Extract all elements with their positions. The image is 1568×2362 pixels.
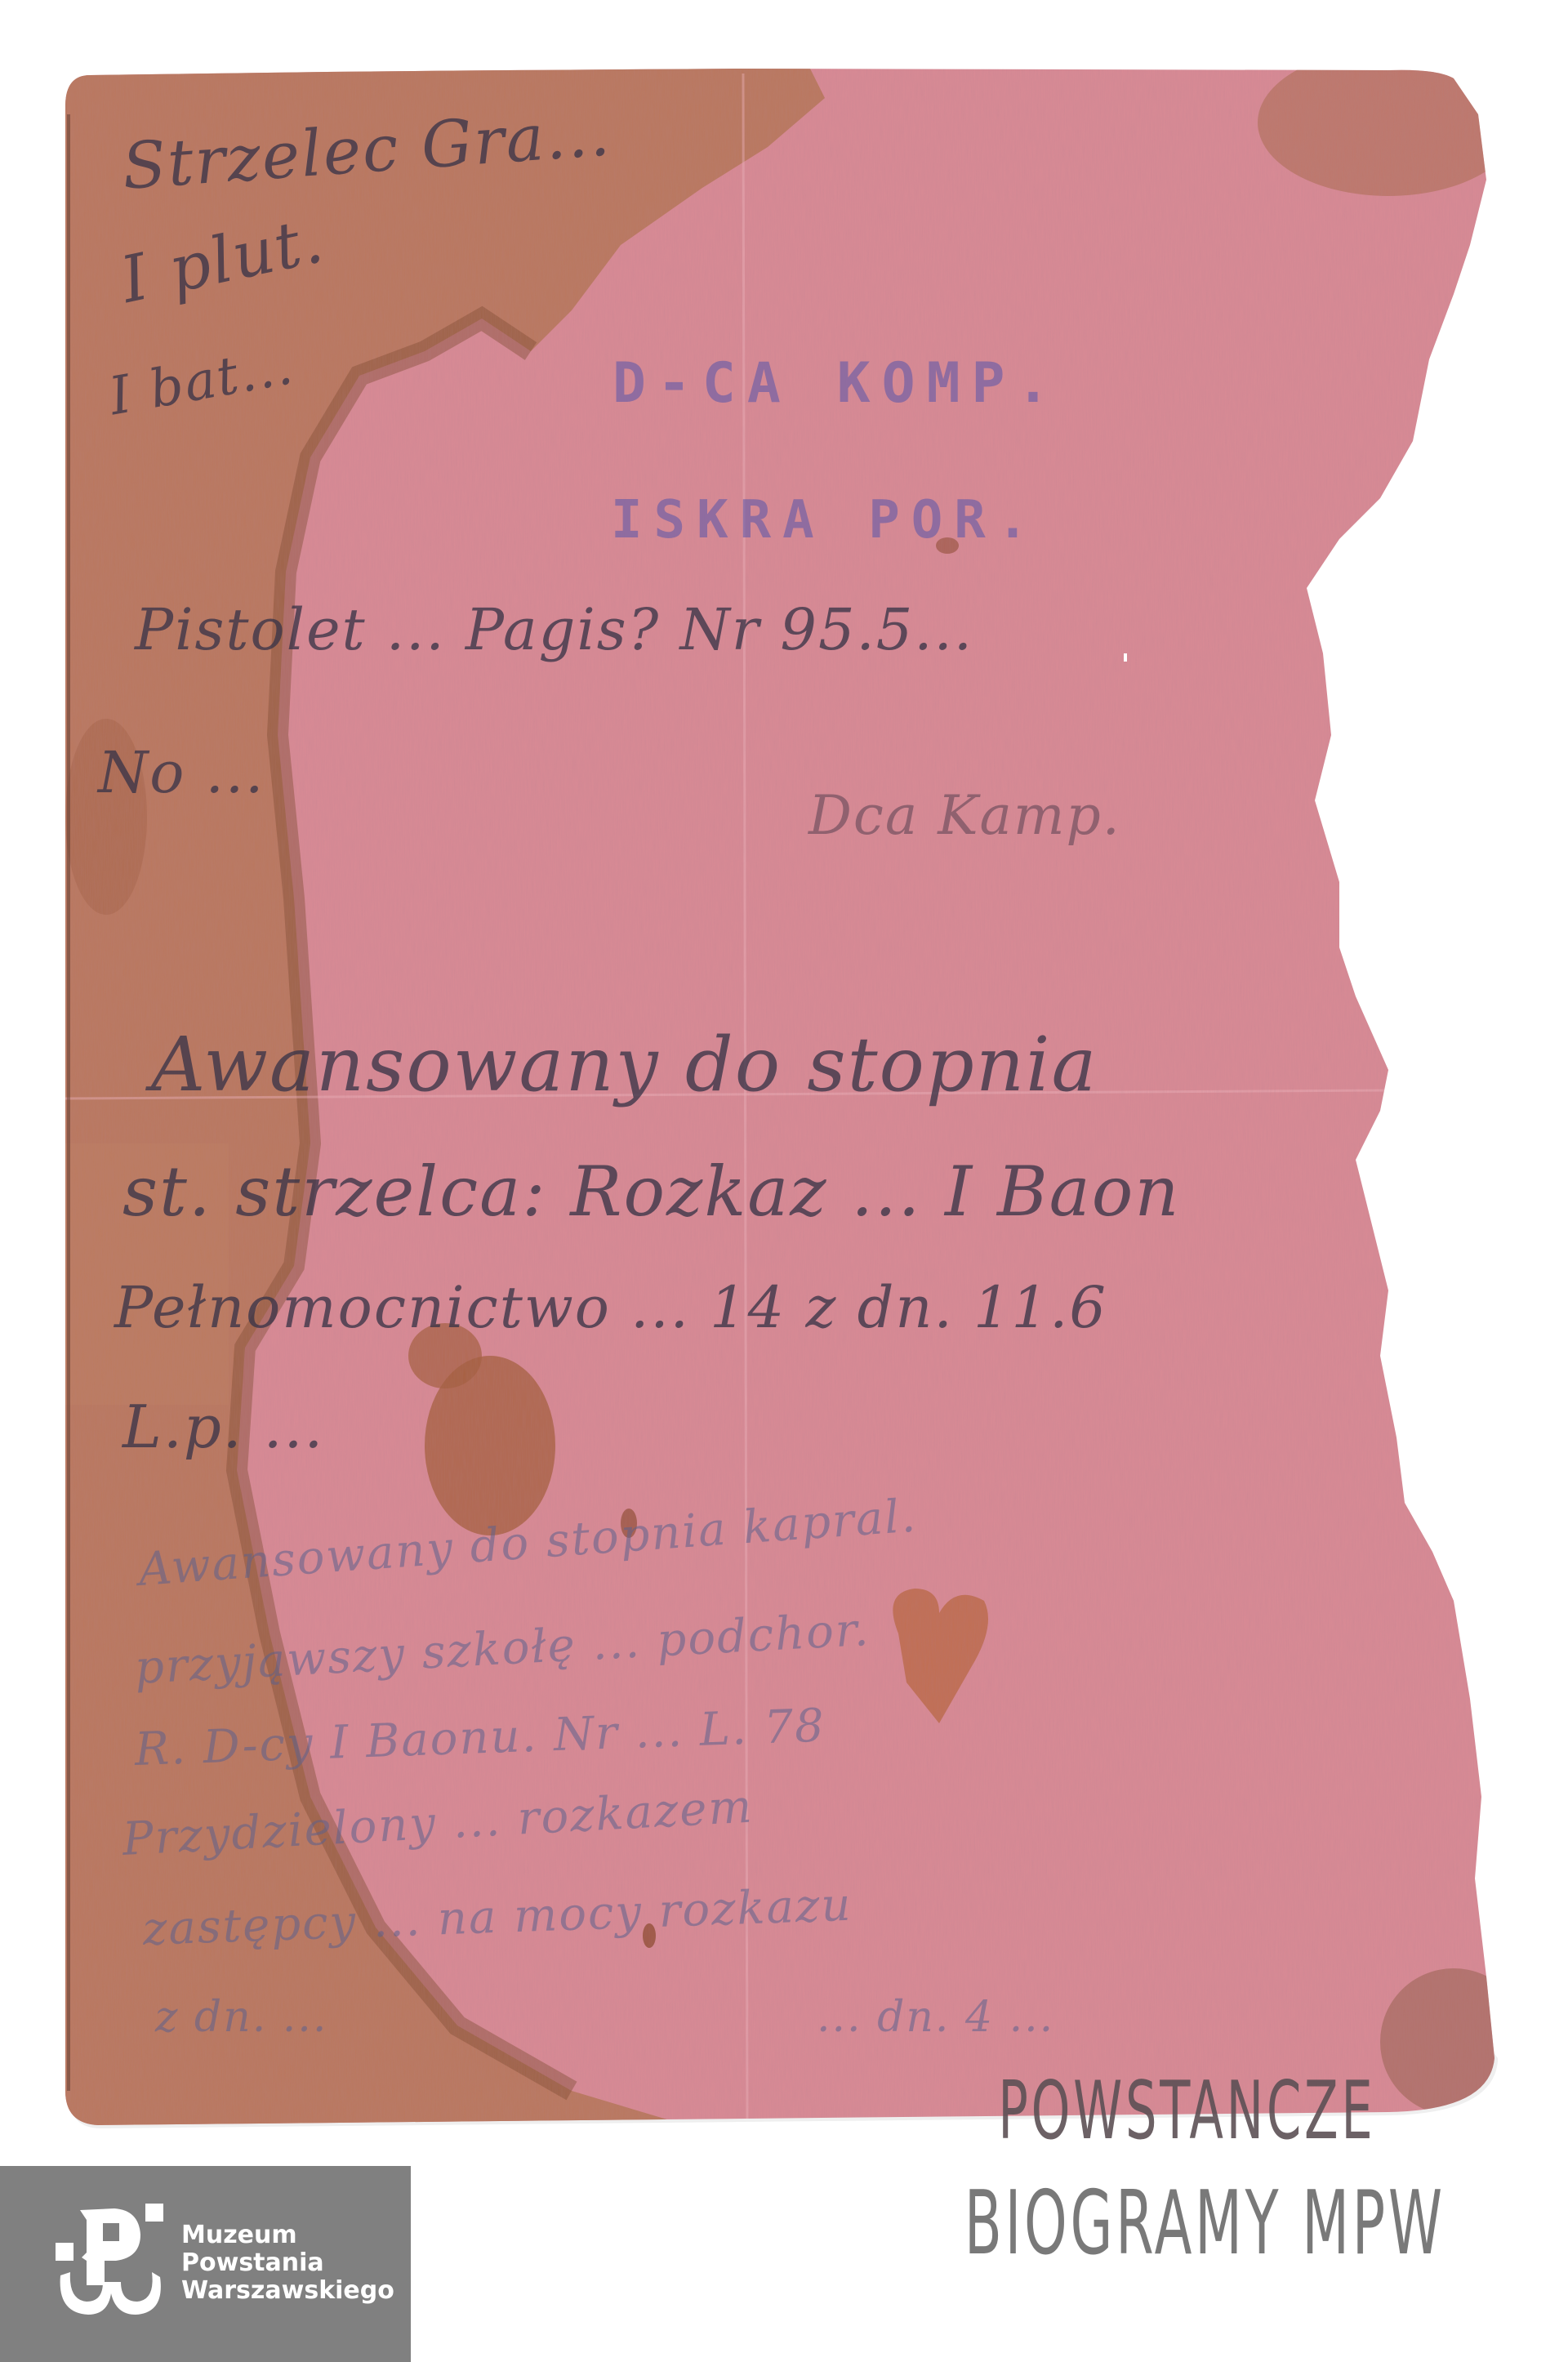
handwriting-pistol: Pistolet ... Pagis? Nr 95.5... (135, 596, 973, 663)
blue-note-line-6: z dn. ... (155, 1993, 327, 2042)
museum-name-line1: Muzeum (181, 2222, 394, 2249)
handwriting-promotion-3: Pełnomocnictwo ... 14 z dn. 11.6 (114, 1274, 1107, 1341)
kotwica-anchor-icon (56, 2204, 167, 2318)
blue-note-line-7: ... dn. 4 ... (817, 1993, 1054, 2042)
handwriting-lp: L.p. ... (122, 1393, 324, 1461)
watermark-line2: BIOGRAMY MPW (964, 2173, 1445, 2275)
handwriting-number: No ... (98, 739, 265, 806)
handwriting-commander-signature: Dca Kamp. (808, 784, 1121, 847)
museum-name: Muzeum Powstania Warszawskiego (181, 2222, 394, 2305)
museum-name-line3: Warszawskiego (181, 2277, 394, 2305)
unit-stamp-line1: D-CA KOMP. (612, 351, 1061, 416)
handwriting-promotion-2: st. strzelca: Rozkaz ... I Baon (122, 1152, 1180, 1232)
handwriting-promotion-1: Awansowany do stopnia (151, 1021, 1098, 1108)
museum-logo: Muzeum Powstania Warszawskiego (0, 2166, 411, 2362)
unit-stamp-line2: ISKRA POR. (611, 490, 1040, 550)
watermark-line1: POWSTANCZE (998, 2065, 1375, 2158)
museum-name-line2: Powstania (181, 2249, 394, 2277)
